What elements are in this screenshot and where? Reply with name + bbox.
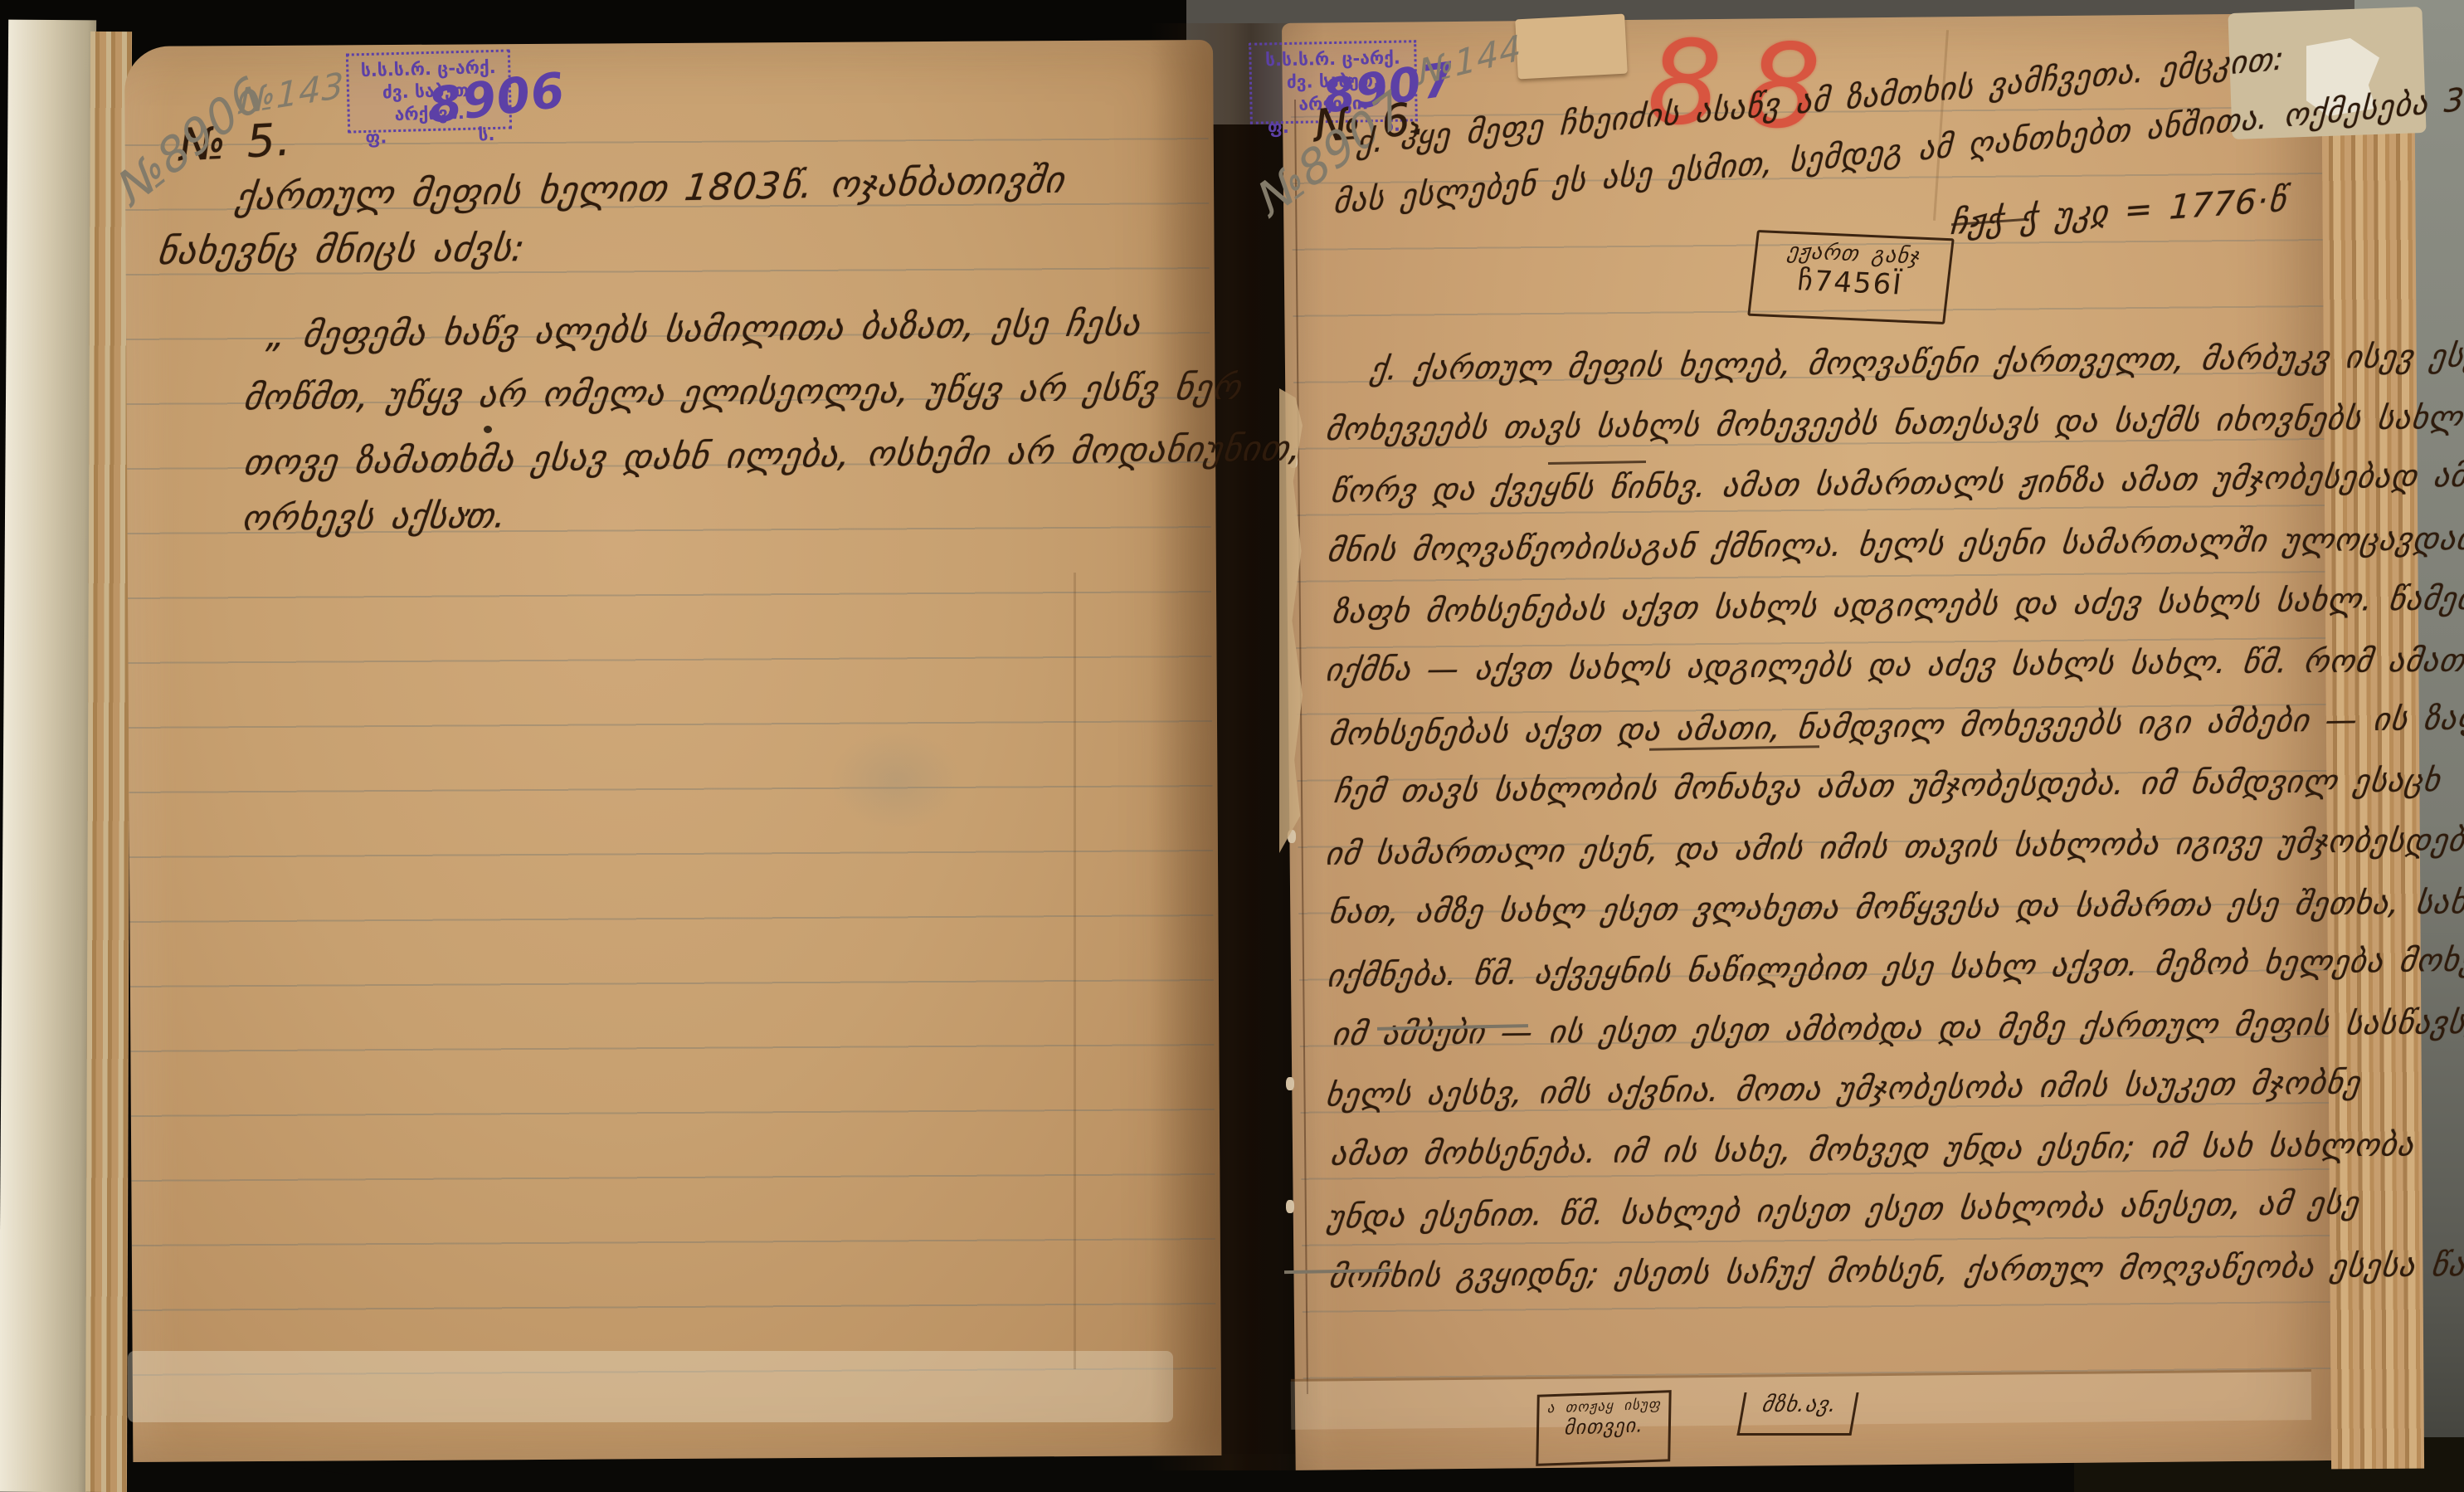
gutter-shadow bbox=[1150, 23, 1324, 1470]
left-page-crease bbox=[1074, 573, 1076, 1369]
ink-blot bbox=[484, 426, 492, 433]
bottom-note-box-left: ა თოჟაყ ისუფ მითვეი. bbox=[1536, 1390, 1671, 1466]
book-cover-edge bbox=[0, 20, 96, 1492]
left-page-light-band bbox=[128, 1351, 1173, 1422]
left-heading-line2: ნახევნც მნიცს აძვს: bbox=[155, 227, 528, 273]
manuscript-scan: №143 № 5. ს.ს.ს.რ. ც-არქ. ძვ. საბუთ. არქ… bbox=[0, 0, 2464, 1492]
left-closing-line: ორხევს აქსათ. bbox=[240, 495, 509, 538]
stamp-fond-label: ფ. bbox=[365, 126, 387, 149]
stamp-fond-label: ფ. bbox=[1268, 116, 1289, 139]
bottom-box-line2: მითვეი. bbox=[1539, 1412, 1668, 1440]
hand-drawn-note-box: ეჟართ განჯ ჩ7456Ї bbox=[1747, 230, 1955, 324]
bottom-note-box-right: მზხ.ავ. bbox=[1736, 1392, 1858, 1436]
bottom-box2-line1: მზხ.ავ. bbox=[1742, 1392, 1856, 1417]
left-page-stain bbox=[830, 730, 962, 830]
torn-tab-top bbox=[1515, 14, 1628, 80]
